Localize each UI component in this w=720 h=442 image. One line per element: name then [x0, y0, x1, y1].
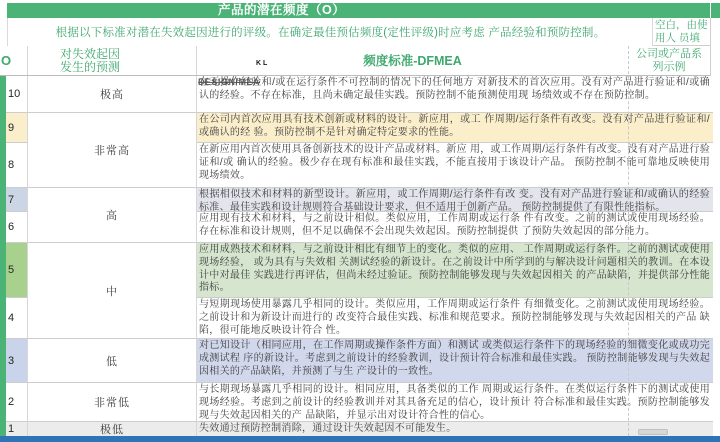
- overlapping-text-artifact: DESIGN/MEA: [198, 77, 260, 87]
- title-bar: [7, 3, 720, 18]
- level-label-high: 高: [28, 187, 197, 242]
- criteria-cell: 与短期现场使用暴露几乎相同的设计。类似应用，工作周期或运行条件 有细微变化。之前…: [197, 297, 713, 338]
- criteria-cell: 对已知设计（相同应用，在工作周期或操作条件方面）和测试 或类似运行条件下的现场经…: [197, 338, 713, 382]
- criteria-cell: 失效通过预防控制消除，通过设计失效起因不可能发生。: [197, 421, 713, 436]
- fill-in-note: 空白，由使用人 员填写: [652, 18, 710, 46]
- rating-instruction: 根据以下标准对潜在失效起因进行的评级。在确定最佳预估频度(定性评级)时应考虑 产…: [7, 18, 653, 47]
- title-bar-divider: [710, 3, 711, 18]
- level-label-medium: 中: [28, 242, 197, 338]
- criteria-cell: 应用现有技术和材料，与之前设计相似。类似应用，工作周期或运行条 件有改变。之前的…: [197, 211, 713, 242]
- column-header-example: 公司或产品系列示例: [628, 46, 710, 75]
- horizontal-scrollbar-thumb[interactable]: [638, 429, 668, 435]
- page-title: 产品的潜在频度（O）: [218, 3, 345, 18]
- level-label-very-high: 非常高: [28, 112, 197, 187]
- window-bottom-edge: [0, 436, 720, 442]
- column-header-occurrence: O: [0, 46, 28, 75]
- fmea-occurrence-table: 产品的潜在频度（O） 根据以下标准对潜在失效起因进行的评级。在确定最佳预估频度(…: [0, 0, 720, 442]
- criteria-cell: 根据相似技术和材料的新型设计。新应用，或工作周期/运行条件有改 变。没有对产品进…: [197, 187, 713, 211]
- level-label-extremely-high: 极高: [28, 76, 197, 112]
- level-label-very-low: 非常低: [28, 382, 197, 421]
- criteria-cell: 应用成熟技术和材料，与之前设计相比有细节上的变化。类似的应用、 工作周期或运行条…: [197, 242, 713, 297]
- insertion-mark-artifact: K L: [256, 60, 267, 67]
- column-header-prediction: 对失效起因 发生的预测: [28, 46, 197, 75]
- left-accent-strip: [0, 76, 6, 436]
- column-header-prediction-line2: 发生的预测: [60, 61, 196, 74]
- criteria-cell: 与长期现场暴露几乎相同的设计。相同应用，具备类似的工作 周期或运行条件。在类似运…: [197, 382, 713, 421]
- level-label-low: 低: [28, 338, 197, 382]
- criteria-cell: 在无操作经验和/或在运行条件不可控制的情况下的任何地方 对新技术的首次应用。没有…: [197, 76, 713, 112]
- level-label-extremely-low: 极低: [28, 421, 197, 436]
- criteria-cell: 在公司内首次应用具有技术创新或材料的设计。新应用，或工 作周期/运行条件有改变。…: [197, 112, 713, 142]
- column-header-row: O 对失效起因 发生的预测 频度标准-DFMEA 公司或产品系列示例: [0, 46, 710, 76]
- criteria-cell: 在新应用内首次使用具备创新技术的设计产品或材料。新应 用，或工作周期/运行条件有…: [197, 142, 713, 187]
